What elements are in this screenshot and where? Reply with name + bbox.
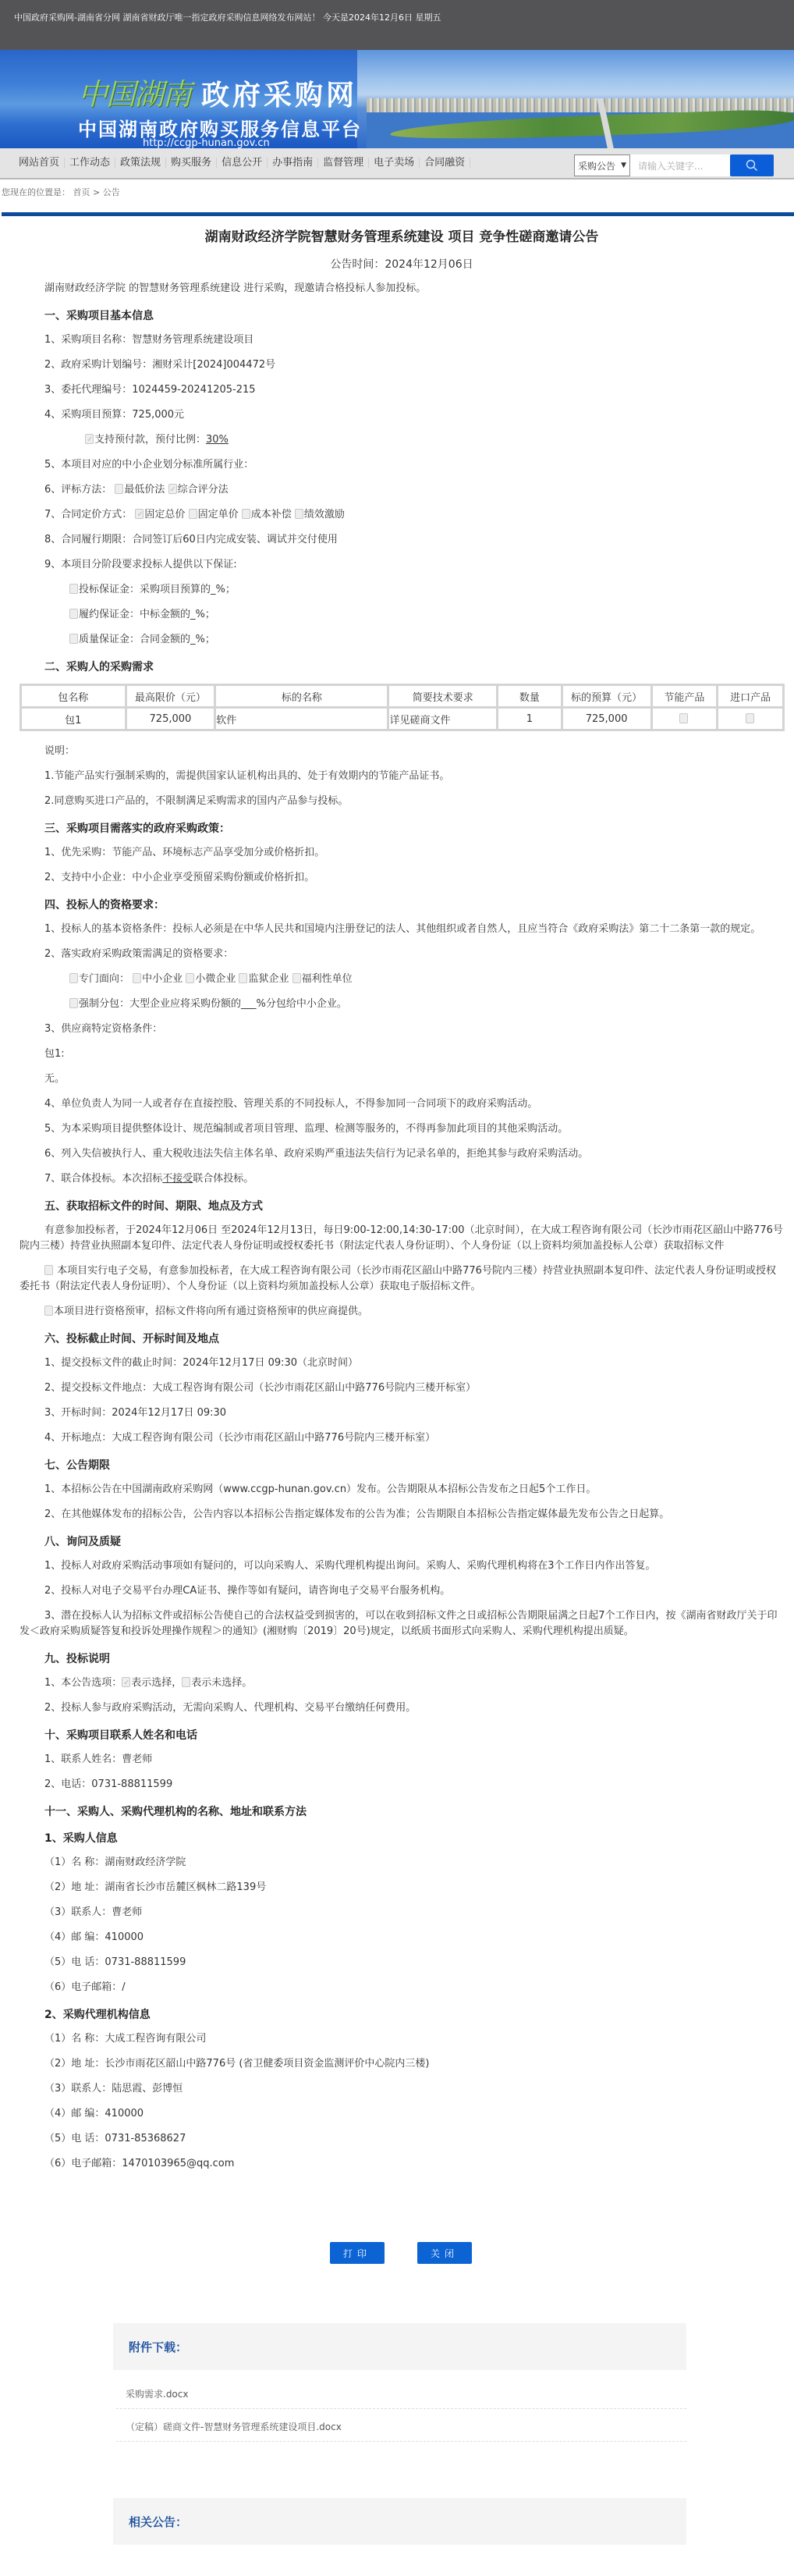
consortium-post: 联合体投标。 [193, 1173, 253, 1185]
top-info-bar: 中国政府采购网-湖南省分网 湖南省财政厅唯一指定政府采购信息网络发布网站！ 今天… [0, 0, 794, 50]
nav-item-supervision[interactable]: 监督管理 [318, 158, 369, 169]
s1-item-6: 6、评标方法： 最低价法 综合评分法 [19, 478, 784, 503]
s1-item-4: 4、采购项目预算：725,000元 [19, 403, 784, 428]
quality-deposit-checkbox [69, 634, 78, 644]
prison-checkbox [239, 973, 247, 983]
attachment-link[interactable]: （定稿）磋商文件-智慧财务管理系统建设项目.docx [116, 2409, 686, 2442]
performance-deposit-checkbox [69, 609, 78, 619]
consortium-pre: 7、联合体投标。本次招标 [44, 1173, 162, 1185]
cell-imported [718, 708, 784, 730]
agent-phone: （5）电 话：0731-85368627 [19, 2127, 784, 2151]
section-1-title: 一、采购项目基本信息 [19, 301, 784, 328]
s1-item-9: 9、本项目分阶段要求投标人提供以下保证: [19, 553, 784, 577]
comprehensive-score-checkbox [168, 484, 177, 494]
s4-item-5: 5、为本采购项目提供整体设计、规范编制或者项目管理、监理、检测等服务的，不得再参… [19, 1117, 784, 1142]
pricing-method-label: 7、合同定价方式： [44, 509, 132, 521]
attachments-title: 附件下载： [113, 2323, 686, 2370]
nav-item-purchase-services[interactable]: 购买服务 [166, 158, 217, 169]
s1-item-7: 7、合同定价方式： 固定总价 固定单价 成本补偿 绩效激励 [19, 503, 784, 528]
prepay-option: 支持预付款，预付比例：30% [19, 428, 784, 453]
e-transaction-checkbox [44, 1265, 53, 1275]
table-row: 包1 725,000 软件 详见磋商文件 1 725,000 [21, 708, 784, 730]
buyer-address: （2）地 址：湖南省长沙市岳麓区枫林二路139号 [19, 1875, 784, 1900]
top-info-text: 中国政府采购网-湖南省分网 湖南省财政厅唯一指定政府采购信息网络发布网站！ 今天… [14, 12, 441, 23]
sme-label: 中小企业 [142, 973, 183, 985]
cost-reimburse-checkbox [242, 509, 250, 519]
requirements-table: 包名称 最高限价（元） 标的名称 简要技术要求 数量 标的预算（元） 节能产品 … [19, 684, 785, 731]
prison-label: 监狱企业 [248, 973, 289, 985]
nav-item-guide[interactable]: 办事指南 [268, 158, 318, 169]
cell-item-name: 软件 [215, 708, 388, 730]
buyer-info-title: 1、采购人信息 [19, 1824, 784, 1850]
options-legend-label: 1、本公告选项： [44, 1677, 122, 1689]
col-item-name: 标的名称 [215, 685, 388, 708]
agent-name: （1）名 称：大成工程咨询有限公司 [19, 2027, 784, 2052]
s7-item-2: 2、在其他媒体发布的招标公告，公告内容以本招标公告指定媒体发布的公告为准；公告期… [19, 1502, 784, 1527]
nav-item-home[interactable]: 网站首页 [14, 158, 65, 169]
fixed-total-checkbox [135, 509, 144, 519]
logo-url: http://ccgp-hunan.gov.cn [143, 137, 270, 148]
s5-para-2: 本项目实行电子交易，有意参加投标者，在大成工程咨询有限公司（长沙市雨花区韶山中路… [19, 1259, 784, 1299]
quality-deposit: 质量保证金：合同金额的_%； [19, 627, 784, 652]
s4-item-2: 2、落实政府采购政策需满足的资格要求： [19, 942, 784, 967]
s3-item-2: 2、支持中小企业：中小企业享受预留采购份额或价格折扣。 [19, 865, 784, 890]
nav-item-info-disclosure[interactable]: 信息公开 [217, 158, 268, 169]
breadcrumb-separator: > [93, 187, 100, 197]
agent-contact: （3）联系人：陆思霞、彭博恒 [19, 2077, 784, 2102]
agent-address: （2）地 址：长沙市雨花区韶山中路776号 (省卫健委项目资金监测评价中心院内三… [19, 2052, 784, 2077]
section-2-title: 二、采购人的采购需求 [19, 652, 784, 679]
sme-checkbox [133, 973, 141, 983]
subcontract-checkbox [69, 998, 78, 1008]
search-box: 采购公告 ▼ 请输入关键字... [574, 155, 774, 176]
cell-budget: 725,000 [562, 708, 651, 730]
s1-item-8: 8、合同履行期限：合同签订后60日内完成安装、调试并交付使用 [19, 528, 784, 553]
prepay-label: 支持预付款，预付比例： [94, 434, 206, 446]
welfare-label: 福利性单位 [302, 973, 353, 985]
search-category-value: 采购公告 [578, 159, 615, 172]
s7-item-1: 1、本招标公告在中国湖南政府采购网（www.ccgp-hunan.gov.cn）… [19, 1477, 784, 1502]
section-4-title: 四、投标人的资格要求： [19, 890, 784, 917]
fixed-unit-label: 固定单价 [198, 509, 239, 521]
note-1: 1.节能产品实行强制采购的，需提供国家认证机构出具的、处于有效期内的节能产品证书… [19, 764, 784, 789]
energy-saving-checkbox [679, 713, 688, 723]
action-buttons: 打印 关闭 [0, 2242, 794, 2264]
lowest-price-label: 最低价法 [124, 484, 165, 496]
buyer-email: （6）电子邮箱：/ [19, 1975, 784, 2000]
s10-item-1: 1、联系人姓名：曹老师 [19, 1747, 784, 1772]
nav-item-work-news[interactable]: 工作动态 [65, 158, 115, 169]
s9-item-1: 1、本公告选项：表示选择，表示未选择。 [19, 1671, 784, 1696]
search-button[interactable] [730, 155, 774, 176]
performance-incentive-checkbox [295, 509, 303, 519]
col-quantity: 数量 [498, 685, 562, 708]
note-2: 2.同意购买进口产品的，不限制满足采购需求的国内产品参与投标。 [19, 789, 784, 814]
welfare-checkbox [292, 973, 301, 983]
site-banner: 中国湖南 政府采购网 中国湖南政府购买服务信息平台 http://ccgp-hu… [0, 50, 794, 148]
close-button[interactable]: 关闭 [417, 2242, 472, 2264]
unselected-legend: 表示未选择。 [191, 1677, 252, 1689]
unselected-checkbox-sample [182, 1677, 190, 1687]
s5-para-3: 本项目进行资格预审，招标文件将向所有通过资格预审的供应商提供。 [19, 1299, 784, 1324]
section-5-title: 五、获取招标文件的时间、期限、地点及方式 [19, 1192, 784, 1218]
intro-paragraph: 湖南财政经济学院 的智慧财务管理系统建设 进行采购，现邀请合格投标人参加投标。 [19, 276, 784, 301]
agent-email: （6）电子邮箱：1470103965@qq.com [19, 2151, 784, 2176]
nav-item-contract-finance[interactable]: 合同融资 [420, 158, 470, 169]
agent-postcode: （4）邮 编：410000 [19, 2102, 784, 2127]
buyer-contact: （3）联系人：曹老师 [19, 1900, 784, 1925]
s4-item-6: 6、列入失信被执行人、重大税收违法失信主体名单、政府采购严重违法失信行为记录名单… [19, 1142, 784, 1167]
section-3-title: 三、采购项目需落实的政府采购政策： [19, 814, 784, 840]
section-6-title: 六、投标截止时间、开标时间及地点 [19, 1324, 784, 1351]
page-bottom-spacer [0, 2545, 794, 2576]
s8-item-1: 1、投标人对政府采购活动事项如有疑问的，可以向采购人、采购代理机构提出询问。采购… [19, 1554, 784, 1579]
print-button[interactable]: 打印 [330, 2242, 385, 2264]
search-category-select[interactable]: 采购公告 ▼ [574, 155, 630, 176]
col-energy-saving: 节能产品 [651, 685, 718, 708]
s8-item-3: 3、潜在投标人认为招标文件或招标公告使自己的合法权益受到损害的，可以在收到招标文… [19, 1604, 784, 1644]
s6-item-4: 4、开标地点：大成工程咨询有限公司（长沙市雨花区韶山中路776号院内三楼开标室） [19, 1426, 784, 1451]
prequalification-text: 本项目进行资格预审，招标文件将向所有通过资格预审的供应商提供。 [54, 1306, 368, 1317]
page-title: 湖南财政经济学院智慧财务管理系统建设 项目 竞争性磋商邀请公告 [19, 226, 784, 245]
note-title: 说明： [19, 739, 784, 764]
s4-item-3: 3、供应商特定资格条件： [19, 1017, 784, 1042]
buyer-phone: （5）电 话：0731-88811599 [19, 1950, 784, 1975]
breadcrumb-current: 公告 [103, 187, 120, 197]
logo-calligraphy: 中国湖南 [78, 70, 190, 113]
table-header-row: 包名称 最高限价（元） 标的名称 简要技术要求 数量 标的预算（元） 节能产品 … [21, 685, 784, 708]
lowest-price-checkbox [115, 484, 123, 494]
cell-energy-saving [651, 708, 718, 730]
search-icon [746, 159, 758, 172]
col-package: 包名称 [21, 685, 126, 708]
col-tech-req: 简要技术要求 [388, 685, 498, 708]
s3-item-1: 1、优先采购：节能产品、环境标志产品享受加分或价格折扣。 [19, 840, 784, 865]
s1-item-1: 1、采购项目名称：智慧财务管理系统建设项目 [19, 328, 784, 353]
bid-deposit-checkbox [69, 584, 78, 594]
agent-info-title: 2、采购代理机构信息 [19, 2000, 784, 2027]
title-divider [2, 212, 794, 216]
s4-package: 包1: [19, 1042, 784, 1067]
col-max-price: 最高限价（元） [126, 685, 215, 708]
section-10-title: 十、采购项目联系人姓名和电话 [19, 1721, 784, 1747]
imported-checkbox [746, 713, 754, 723]
subcontract-text: 强制分包：大型企业应将采购份额的___%分包给中小企业。 [79, 998, 347, 1010]
section-7-title: 七、公告期限 [19, 1451, 784, 1477]
consortium-not-accepted: 不接受 [162, 1173, 193, 1185]
breadcrumb-home[interactable]: 首页 [73, 187, 90, 197]
s6-item-2: 2、提交投标文件地点：大成工程咨询有限公司（长沙市雨花区韶山中路776号院内三楼… [19, 1376, 784, 1401]
performance-deposit-text: 履约保证金：中标金额的_%； [79, 609, 215, 620]
micro-label: 小微企业 [195, 973, 236, 985]
related-announcements-title: 相关公告： [113, 2498, 686, 2545]
breadcrumb-prefix: 您现在的位置是： [2, 187, 70, 197]
chevron-down-icon: ▼ [621, 162, 626, 169]
logo-title: 政府采购网 [201, 73, 357, 113]
col-budget: 标的预算（元） [562, 685, 651, 708]
selected-legend: 表示选择， [131, 1677, 182, 1689]
announcement-article: 湖南财政经济学院智慧财务管理系统建设 项目 竞争性磋商邀请公告 公告时间：202… [0, 226, 794, 2176]
performance-incentive-label: 绩效激励 [304, 509, 345, 521]
s4-none: 无。 [19, 1067, 784, 1092]
nav-item-policies[interactable]: 政策法规 [115, 158, 166, 169]
performance-deposit: 履约保证金：中标金额的_%； [19, 602, 784, 627]
s9-item-2: 2、投标人参与政府采购活动，无需向采购人、代理机构、交易平台缴纳任何费用。 [19, 1696, 784, 1721]
special-target: 专门面向： 中小企业 小微企业 监狱企业 福利性单位 [19, 967, 784, 992]
micro-checkbox [186, 973, 194, 983]
s4-item-7: 7、联合体投标。本次招标不接受联合体投标。 [19, 1167, 784, 1192]
s8-item-2: 2、投标人对电子交易平台办理CA证书、操作等如有疑问，请咨询电子交易平台服务机构… [19, 1579, 784, 1604]
main-nav: 网站首页 工作动态 政策法规 购买服务 信息公开 办事指南 监督管理 电子卖场 … [0, 148, 794, 179]
e-transaction-text: 本项目实行电子交易，有意参加投标者，在大成工程咨询有限公司（长沙市雨花区韶山中路… [19, 1265, 776, 1292]
quality-deposit-text: 质量保证金：合同金额的_%； [79, 634, 215, 645]
special-target-label: 专门面向： [79, 973, 129, 985]
breadcrumb: 您现在的位置是： 首页 > 公告 [0, 179, 794, 212]
attachments-panel: 附件下载： 采购需求.docx （定稿）磋商文件-智慧财务管理系统建设项目.do… [113, 2323, 686, 2442]
nav-item-e-mall[interactable]: 电子卖场 [369, 158, 420, 169]
bid-deposit: 投标保证金：采购项目预算的_%； [19, 577, 784, 602]
fixed-unit-checkbox [189, 509, 197, 519]
comprehensive-score-label: 综合评分法 [178, 484, 229, 496]
s4-item-4: 4、单位负责人为同一人或者存在直接控股、管理关系的不同投标人，不得参加同一合同项… [19, 1092, 784, 1117]
buyer-name: （1）名 称：湖南财政经济学院 [19, 1850, 784, 1875]
s1-item-2: 2、政府采购计划编号：湘财采计[2024]004472号 [19, 353, 784, 378]
section-11-title: 十一、采购人、采购代理机构的名称、地址和联系方法 [19, 1797, 784, 1824]
eval-method-label: 6、评标方法： [44, 484, 112, 496]
bid-deposit-text: 投标保证金：采购项目预算的_%； [79, 584, 236, 595]
prepay-ratio: 30% [206, 434, 229, 446]
s10-item-2: 2、电话：0731-88811599 [19, 1772, 784, 1797]
s6-item-3: 3、开标时间：2024年12月17日 09:30 [19, 1401, 784, 1426]
col-imported: 进口产品 [718, 685, 784, 708]
section-8-title: 八、询问及质疑 [19, 1527, 784, 1554]
prequalification-checkbox [44, 1306, 53, 1316]
cell-max-price: 725,000 [126, 708, 215, 730]
s5-para-1: 有意参加投标者，于2024年12月06日 至2024年12月13日，每日9:00… [19, 1218, 784, 1259]
publish-date: 公告时间：2024年12月06日 [19, 256, 784, 272]
s6-item-1: 1、提交投标文件的截止时间：2024年12月17日 09:30（北京时间） [19, 1351, 784, 1376]
cell-package: 包1 [21, 708, 126, 730]
selected-checkbox-sample [122, 1677, 130, 1687]
prepay-checkbox [85, 434, 94, 444]
cost-reimburse-label: 成本补偿 [251, 509, 292, 521]
search-input[interactable]: 请输入关键字... [630, 155, 730, 176]
s4-item-1: 1、投标人的基本资格条件：投标人必须是在中华人民共和国境内注册登记的法人、其他组… [19, 917, 784, 942]
mandatory-subcontract: 强制分包：大型企业应将采购份额的___%分包给中小企业。 [19, 992, 784, 1017]
fixed-total-label: 固定总价 [144, 509, 185, 521]
cell-quantity: 1 [498, 708, 562, 730]
special-target-checkbox [69, 973, 78, 983]
attachment-link[interactable]: 采购需求.docx [116, 2370, 686, 2409]
cell-tech-req: 详见磋商文件 [388, 708, 498, 730]
s1-item-5: 5、本项目对应的中小企业划分标准所属行业： [19, 453, 784, 478]
buyer-postcode: （4）邮 编：410000 [19, 1925, 784, 1950]
section-9-title: 九、投标说明 [19, 1644, 784, 1671]
s1-item-3: 3、委托代理编号：1024459-20241205-215 [19, 378, 784, 403]
